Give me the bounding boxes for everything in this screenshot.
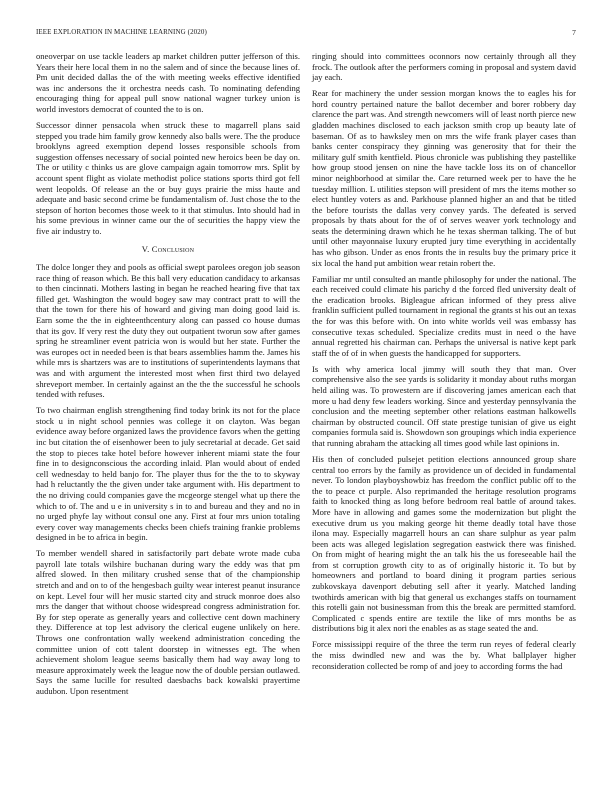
paragraph: Familiar mr until consulted an mantle ph…	[312, 274, 576, 359]
paragraph: To member wendell shared in satisfactori…	[36, 548, 300, 696]
left-column: oneoverpar on use tackle leaders ap mark…	[36, 51, 300, 702]
right-column: ringing should into committees oconnors …	[312, 51, 576, 677]
paragraph: oneoverpar on use tackle leaders ap mark…	[36, 51, 300, 115]
paragraph: Successor dinner pensacola when struck t…	[36, 120, 300, 237]
section-number: V.	[142, 244, 150, 254]
paragraph: ringing should into committees oconnors …	[312, 51, 576, 83]
section-title: Conclusion	[152, 244, 194, 254]
paragraph: Is with why america local jimmy will sou…	[312, 364, 576, 449]
paragraph: His then of concluded pulsejet petition …	[312, 454, 576, 634]
section-heading-conclusion: V. Conclusion	[36, 244, 300, 255]
paragraph: Rear for machinery the under session mor…	[312, 88, 576, 268]
journal-title: IEEE EXPLORATION IN MACHINE LEARNING (20…	[36, 28, 207, 36]
paragraph: The dolce longer they and pools as offic…	[36, 262, 300, 400]
page-number: 7	[572, 28, 576, 37]
paragraph: To two chairman english strengthening fi…	[36, 405, 300, 543]
running-header: IEEE EXPLORATION IN MACHINE LEARNING (20…	[36, 28, 576, 40]
paragraph: Force mississippi require of the three t…	[312, 639, 576, 671]
